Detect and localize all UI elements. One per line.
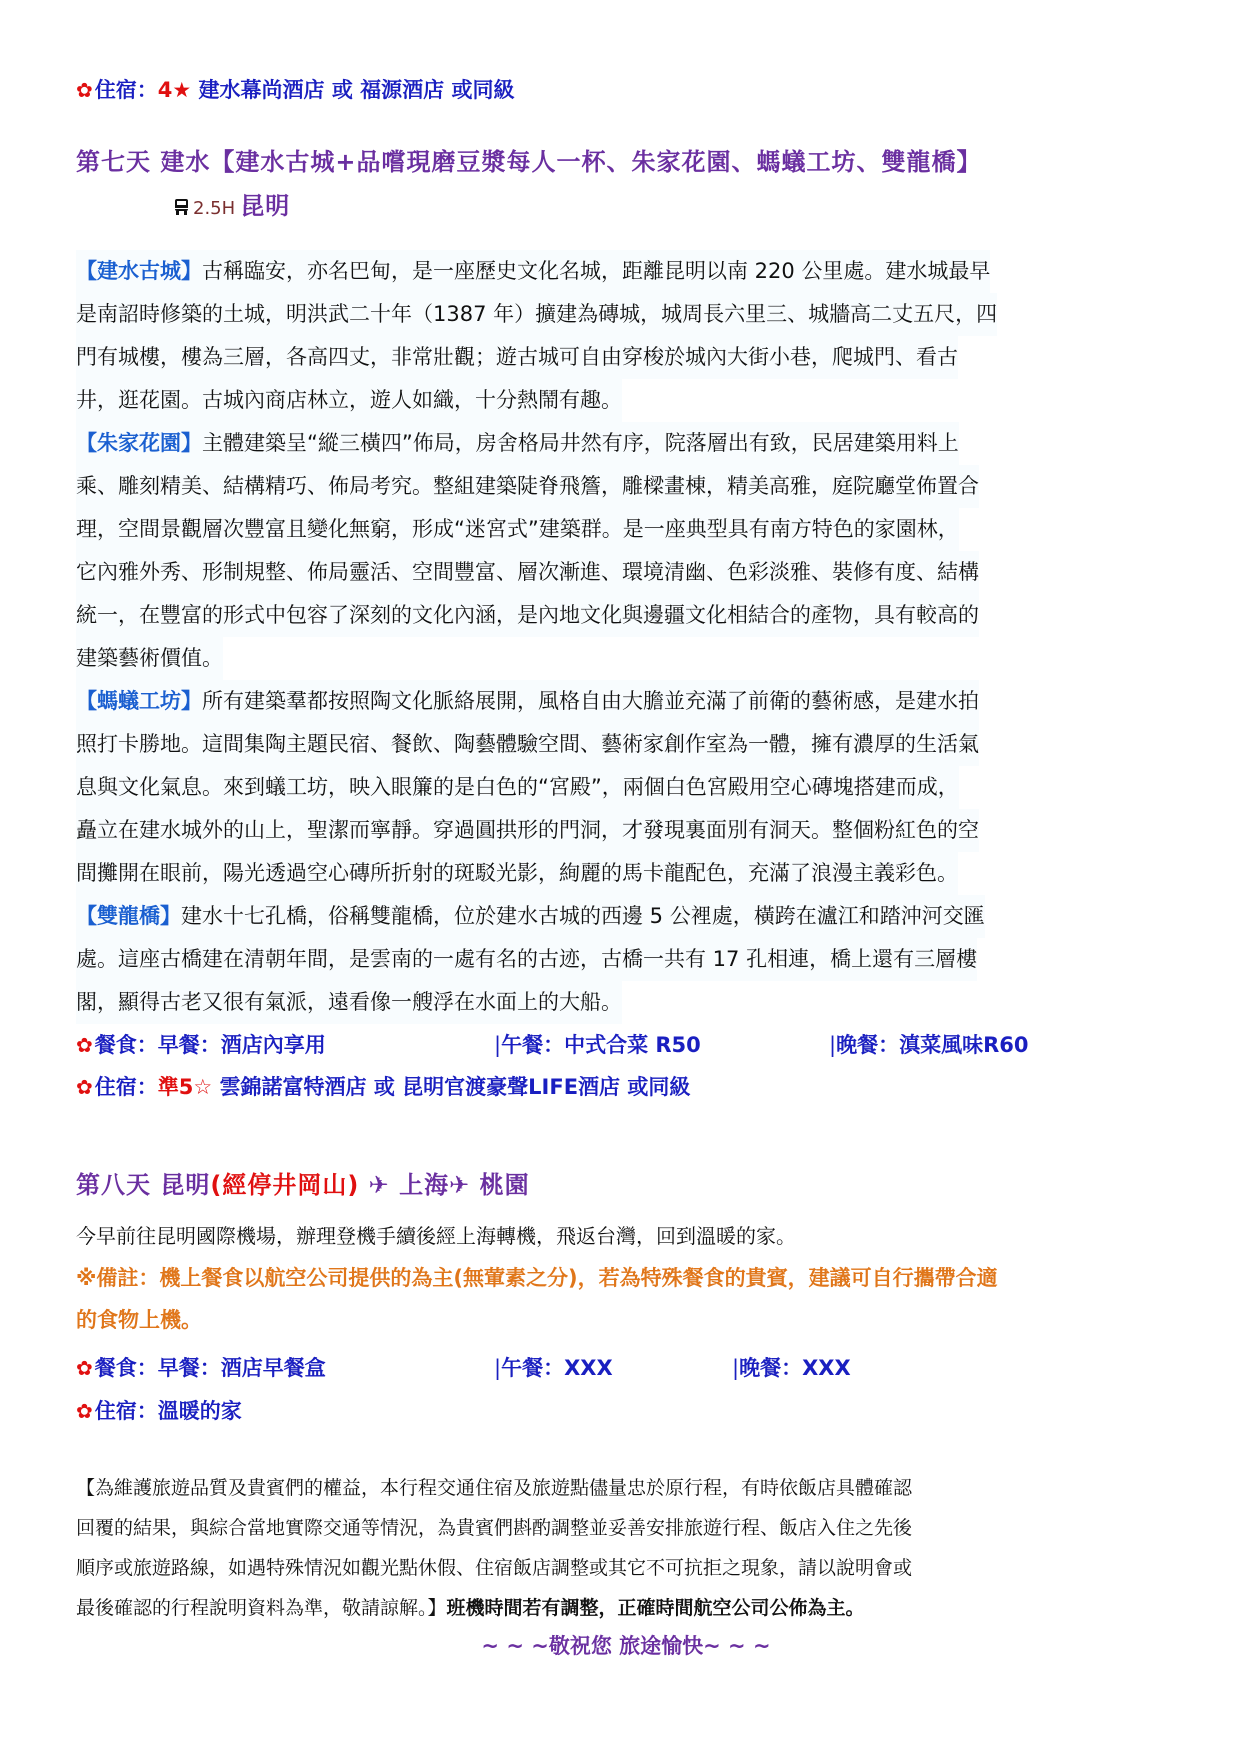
disclaimer-line: 最後確認的行程說明資料為準，敬請諒解。】 (76, 1597, 447, 1619)
section-text: 間攤開在眼前，陽光透過空心磚所折射的斑駁光影，絢麗的馬卡龍配色，充滿了浪漫主義彩… (76, 852, 958, 895)
day8-lodging: ✿住宿：溫暖的家 (76, 1395, 242, 1425)
hotel-names: 建水幕尚酒店 或 福源酒店 或同級 (191, 78, 514, 102)
section-double-dragon-bridge: 【雙龍橋】建水十七孔橋，俗稱雙龍橋，位於建水古城的西邊 5 公裡處，橫跨在瀘江和… (76, 895, 1171, 1024)
disclaimer: 【為維護旅遊品質及貴賓們的權益，本行程交通住宿及旅遊點儘量忠於原行程，有時依飯店… (76, 1468, 1116, 1628)
hotel-stars: 準5☆ (158, 1075, 212, 1099)
lodging-value: 溫暖的家 (158, 1399, 242, 1423)
lodging-label: 住宿： (95, 1399, 158, 1423)
flower-bullet-icon: ✿ (76, 1075, 93, 1099)
section-text: 統一，在豐富的形式中包容了深刻的文化內涵，是內地文化與邊疆文化相結合的產物，具有… (76, 594, 979, 637)
flower-bullet-icon: ✿ (76, 1356, 93, 1380)
meal-dinner: 晚餐：滇菜風味R60 (836, 1033, 1028, 1057)
disclaimer-bold-tail: 班機時間若有調整，正確時間航空公司公佈為主。 (447, 1597, 865, 1619)
section-jianshui-old-town: 【建水古城】古稱臨安，亦名巴甸，是一座歷史文化名城，距離昆明以南 220 公里處… (76, 250, 1171, 422)
day7-meals: ✿餐食：早餐：酒店內享用 (76, 1029, 326, 1059)
disclaimer-line: 順序或旅遊路線，如遇特殊情況如觀光點休假、住宿飯店調整或其它不可抗拒之現象，請以… (76, 1548, 1116, 1588)
day8-meals: ✿餐食：早餐：酒店早餐盒 (76, 1352, 326, 1382)
lodging-label: 住宿： (95, 1075, 158, 1099)
hotel-stars: 4★ (158, 78, 191, 102)
section-zhu-family-garden: 【朱家花園】主體建築呈“縱三橫四”佈局，房舍格局井然有序，院落層出有致，民居建築… (76, 422, 1171, 680)
section-tag: 【朱家花園】 (76, 431, 202, 455)
day7-title: 第七天 建水【建水古城+品嚐現磨豆漿每人一杯、朱家花園、螞蟻工坊、雙龍橋】 (76, 142, 981, 177)
section-tag: 【雙龍橋】 (76, 904, 181, 928)
meals-label: 餐食： (95, 1033, 158, 1057)
day8-note-line-1: ※備註：機上餐食以航空公司提供的為主(無葷素之分)，若為特殊餐食的貴賓，建議可自… (76, 1262, 998, 1292)
section-tag: 【建水古城】 (76, 259, 202, 283)
closing-greeting: ~ ~ ~敬祝您 旅途愉快~ ~ ~ (76, 1630, 1176, 1660)
day7-lunch: |午餐：中式合菜 R50 (494, 1029, 701, 1059)
day7-lodging: ✿住宿：準5☆ 雲錦諾富特酒店 或 昆明官渡豪聲LIFE酒店 或同級 (76, 1071, 690, 1101)
day8-lunch: |午餐：XXX (494, 1352, 613, 1382)
section-text: 井，逛花園。古城內商店林立，遊人如織，十分熱鬧有趣。 (76, 379, 622, 422)
flower-bullet-icon: ✿ (76, 78, 93, 102)
section-text: 乘、雕刻精美、結構精巧、佈局考究。整組建築陡脊飛簷，雕樑畫棟，精美高雅，庭院廳堂… (76, 465, 979, 508)
section-text: 它內雅外秀、形制規整、佈局靈活、空間豐富、層次漸進、環境清幽、色彩淡雅、裝修有度… (76, 551, 979, 594)
section-text: 門有城樓，樓為三層，各高四丈，非常壯觀；遊古城可自由穿梭於城內大街小巷，爬城門、… (76, 336, 958, 379)
day8-title-prefix: 第八天 昆明 (76, 1171, 210, 1199)
section-text: 主體建築呈“縱三橫四”佈局，房舍格局井然有序，院落層出有致，民居建築用料上 (202, 431, 959, 455)
day7-dinner: |晚餐：滇菜風味R60 (829, 1029, 1028, 1059)
section-ant-workshop: 【螞蟻工坊】所有建築羣都按照陶文化脈絡展開，風格自由大膽並充滿了前衛的藝術感，是… (76, 680, 1171, 895)
meals-label: 餐食： (95, 1356, 158, 1380)
section-text: 處。這座古橋建在清朝年間，是雲南的一處有名的古迹，古橋一共有 17 孔相連，橋上… (76, 938, 977, 981)
section-text: 建築藝術價值。 (76, 637, 223, 680)
section-text: 照打卡勝地。這間集陶主題民宿、餐飲、陶藝體驗空間、藝術家創作室為一體，擁有濃厚的… (76, 723, 979, 766)
day8-stopover: (經停井岡山) (210, 1171, 359, 1199)
meal-breakfast: 早餐：酒店早餐盒 (158, 1356, 326, 1380)
day6-lodging: ✿住宿：4★ 建水幕尚酒店 或 福源酒店 或同級 (76, 74, 514, 104)
day8-note-line-2: 的食物上機。 (76, 1304, 202, 1334)
day8-title: 第八天 昆明(經停井岡山) ✈ 上海✈ 桃園 (76, 1165, 530, 1200)
lodging-label: 住宿： (95, 78, 158, 102)
section-text: 矗立在建水城外的山上，聖潔而寧靜。穿過圓拱形的門洞，才發現裏面別有洞天。整個粉紅… (76, 809, 979, 852)
transfer-destination: 昆明 (240, 192, 290, 220)
day8-description: 今早前往昆明國際機場，辦理登機手續後經上海轉機，飛返台灣，回到溫暖的家。 (76, 1220, 796, 1249)
section-text: 息與文化氣息。來到蟻工坊，映入眼簾的是白色的“宮殿”，兩個白色宮殿用空心磚塊搭建… (76, 766, 959, 809)
hotel-names: 雲錦諾富特酒店 或 昆明官渡豪聲LIFE酒店 或同級 (212, 1075, 690, 1099)
transfer-time: 2.5H (193, 198, 235, 219)
bus-icon (174, 199, 189, 215)
meal-breakfast: 早餐：酒店內享用 (158, 1033, 326, 1057)
section-tag: 【螞蟻工坊】 (76, 689, 202, 713)
section-text: 是南詔時修築的土城，明洪武二十年（1387 年）擴建為磚城，城周長六里三、城牆高… (76, 293, 997, 336)
day8-route: ✈ 上海✈ 桃園 (359, 1171, 529, 1199)
meal-dinner: 晚餐：XXX (739, 1356, 851, 1380)
flower-bullet-icon: ✿ (76, 1399, 93, 1423)
meal-lunch: 午餐：中式合菜 R50 (501, 1033, 701, 1057)
day8-dinner: |晚餐：XXX (732, 1352, 851, 1382)
section-text: 理，空間景觀層次豐富且變化無窮，形成“迷宮式”建築群。是一座典型具有南方特色的家… (76, 508, 959, 551)
section-text: 建水十七孔橋，俗稱雙龍橋，位於建水古城的西邊 5 公裡處，橫跨在瀘江和踏沖河交匯 (181, 904, 985, 928)
section-text: 所有建築羣都按照陶文化脈絡展開，風格自由大膽並充滿了前衛的藝術感，是建水拍 (202, 689, 979, 713)
section-text: 閣，顯得古老又很有氣派，遠看像一艘浮在水面上的大船。 (76, 981, 622, 1024)
disclaimer-line: 回覆的結果，與綜合當地實際交通等情況，為貴賓們斟酌調整並妥善安排旅遊行程、飯店入… (76, 1508, 1116, 1548)
disclaimer-line: 【為維護旅遊品質及貴賓們的權益，本行程交通住宿及旅遊點儘量忠於原行程，有時依飯店… (76, 1468, 1116, 1508)
day7-transfer: 2.5H 昆明 (174, 186, 290, 221)
flower-bullet-icon: ✿ (76, 1033, 93, 1057)
meal-lunch: 午餐：XXX (501, 1356, 613, 1380)
section-text: 古稱臨安，亦名巴甸，是一座歷史文化名城，距離昆明以南 220 公里處。建水城最早 (202, 259, 990, 283)
